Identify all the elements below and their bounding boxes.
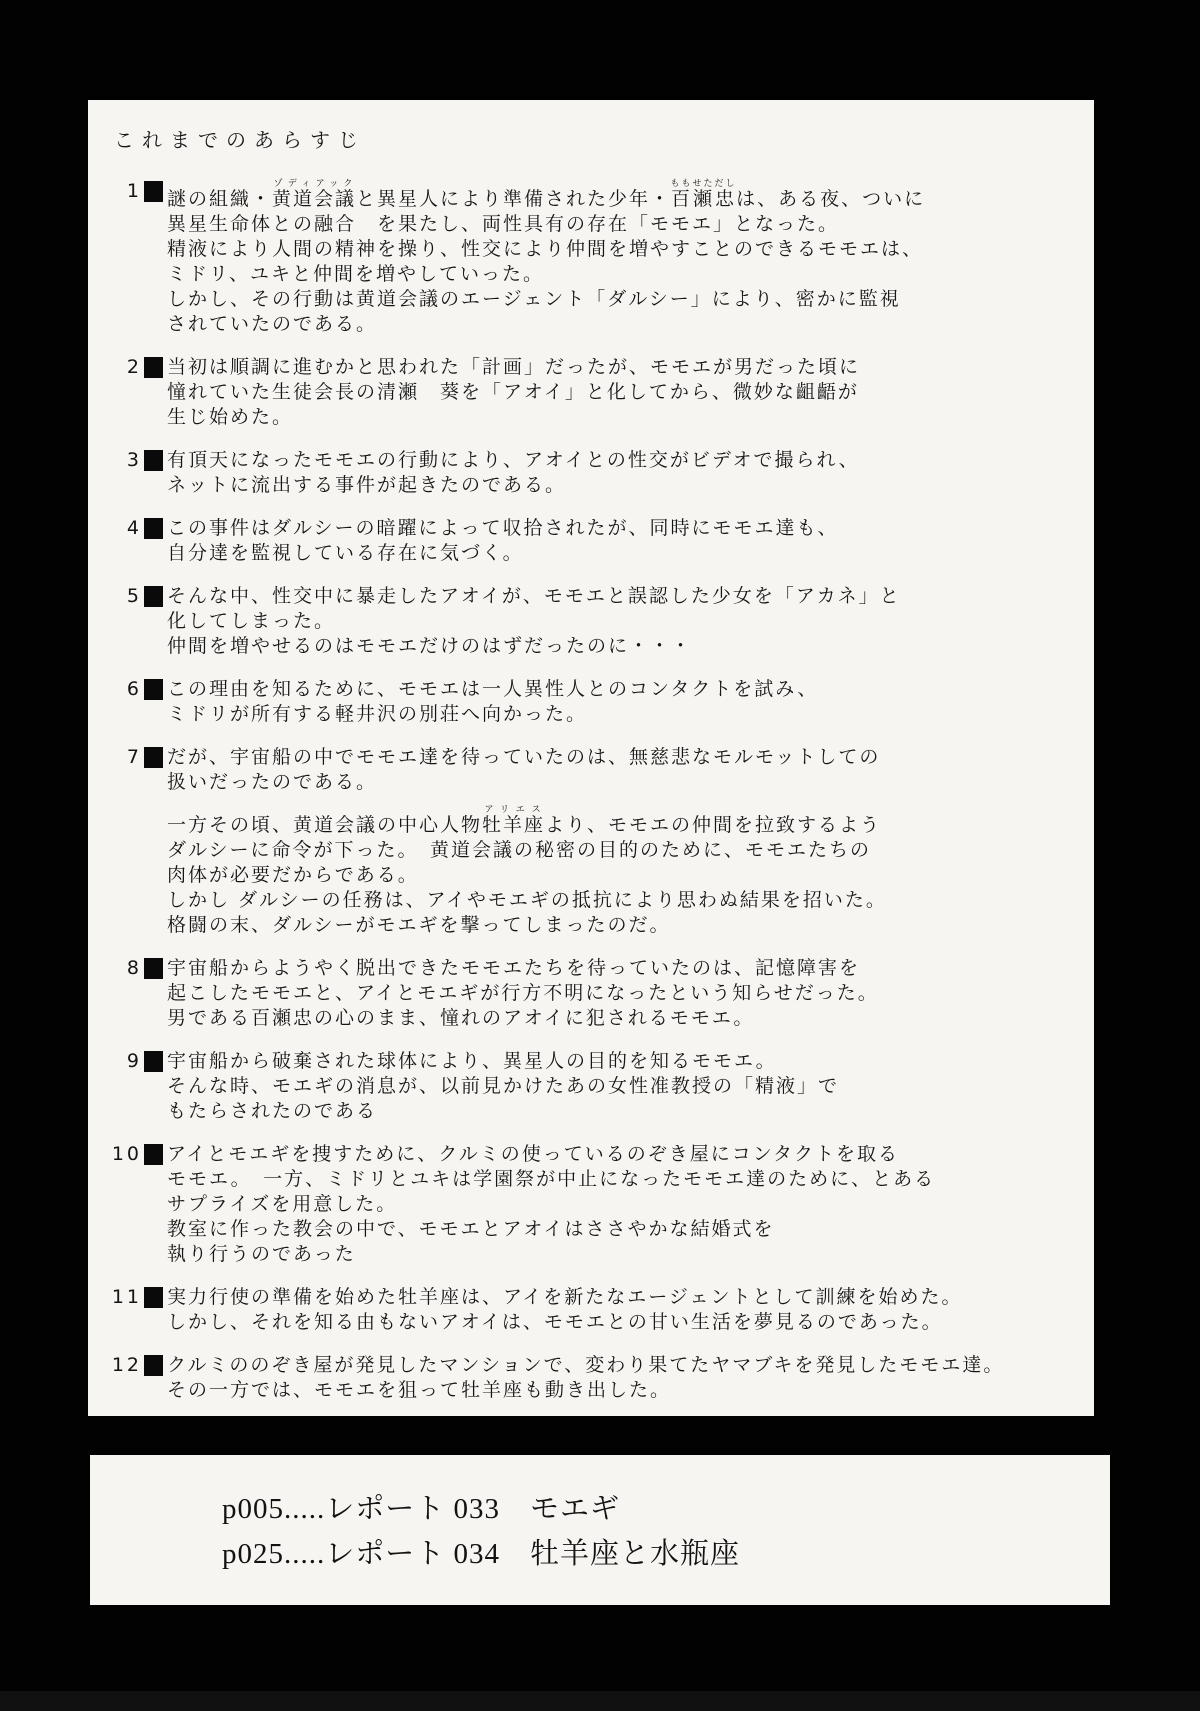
synopsis-line: ミドリが所有する軽井沢の別荘へ向かった。: [167, 702, 1086, 727]
synopsis-line: しかし ダルシーの任務は、アイやモエギの抵抗により思わぬ結果を招いた。: [167, 888, 1086, 913]
synopsis-line: 格闘の末、ダルシーがモエギを撃ってしまったのだ。: [167, 913, 1086, 938]
black-square-icon: [144, 679, 163, 700]
item-number: 2: [104, 355, 142, 430]
item-lines: そんな中、性交中に暴走したアオイが、モモエと誤認した少女を「アカネ」と化してしま…: [167, 584, 1086, 659]
synopsis-line: 異星生命体との融合 を果たし、両性具有の存在「モモエ」となった。: [167, 212, 1086, 237]
synopsis-line: 一方その頃、黄道会議の中心人物牡羊座アリエスより、モモエの仲間を拉致するよう: [167, 805, 1086, 838]
item-marker: [142, 677, 167, 727]
item-marker: [142, 1142, 167, 1267]
synopsis-item: 3有頂天になったモモエの行動により、アオイとの性交がビデオで撮られ、ネットに流出…: [104, 448, 1086, 498]
synopsis-line: 実力行使の準備を始めた牡羊座は、アイを新たなエージェントとして訓練を始めた。: [167, 1285, 1086, 1310]
synopsis-line: 宇宙船から破棄された球体により、異星人の目的を知るモモエ。: [167, 1049, 1086, 1074]
page-bottom-edge: [0, 1691, 1200, 1711]
page-title: これまでのあらすじ: [114, 124, 1086, 153]
ruby-word: 黄道会議ゾディアック: [272, 188, 356, 210]
synopsis-line: そんな時、モエギの消息が、以前見かけたあの女性准教授の「精液」で: [167, 1074, 1086, 1099]
synopsis-line: 化してしまった。: [167, 609, 1086, 634]
black-square-icon: [144, 181, 163, 202]
black-square-icon: [144, 747, 163, 768]
synopsis-line: 生じ始めた。: [167, 405, 1086, 430]
synopsis-item: 4この事件はダルシーの暗躍によって収拾されたが、同時にモモエ達も、自分達を監視し…: [104, 516, 1086, 566]
black-square-icon: [144, 357, 163, 378]
synopsis-line: 執り行うのであった: [167, 1242, 1086, 1267]
synopsis-line: 宇宙船からようやく脱出できたモモエたちを待っていたのは、記憶障害を: [167, 956, 1086, 981]
synopsis-line: 憧れていた生徒会長の清瀬 葵を「アオイ」と化してから、微妙な齟齬が: [167, 380, 1086, 405]
synopsis-item: 10アイとモエギを捜すために、クルミの使っているのぞき屋にコンタクトを取るモモエ…: [104, 1142, 1086, 1267]
item-lines: この事件はダルシーの暗躍によって収拾されたが、同時にモモエ達も、自分達を監視して…: [167, 516, 1086, 566]
item-number: 3: [104, 448, 142, 498]
item-lines: 宇宙船から破棄された球体により、異星人の目的を知るモモエ。そんな時、モエギの消息…: [167, 1049, 1086, 1124]
item-marker: [142, 584, 167, 659]
black-square-icon: [144, 586, 163, 607]
item-lines: アイとモエギを捜すために、クルミの使っているのぞき屋にコンタクトを取るモモエ。 …: [167, 1142, 1086, 1267]
synopsis-line: そんな中、性交中に暴走したアオイが、モモエと誤認した少女を「アカネ」と: [167, 584, 1086, 609]
synopsis-line: 精液により人間の精神を操り、性交により仲間を増やすことのできるモモエは、: [167, 237, 1086, 262]
synopsis-line: 教室に作った教会の中で、モモエとアオイはささやかな結婚式を: [167, 1217, 1086, 1242]
item-number: 5: [104, 584, 142, 659]
black-square-icon: [144, 450, 163, 471]
synopsis-line: だが、宇宙船の中でモモエ達を待っていたのは、無慈悲なモルモットしての: [167, 745, 1086, 770]
item-lines: だが、宇宙船の中でモモエ達を待っていたのは、無慈悲なモルモットしての扱いだったの…: [167, 745, 1086, 938]
black-square-icon: [144, 1355, 163, 1376]
synopsis-line: アイとモエギを捜すために、クルミの使っているのぞき屋にコンタクトを取る: [167, 1142, 1086, 1167]
item-lines: この理由を知るために、モモエは一人異性人とのコンタクトを試み、ミドリが所有する軽…: [167, 677, 1086, 727]
item-number: 9: [104, 1049, 142, 1124]
black-square-icon: [144, 1287, 163, 1308]
synopsis-line: されていたのである。: [167, 312, 1086, 337]
synopsis-item: 7だが、宇宙船の中でモモエ達を待っていたのは、無慈悲なモルモットしての扱いだった…: [104, 745, 1086, 938]
item-marker: [142, 448, 167, 498]
item-lines: 実力行使の準備を始めた牡羊座は、アイを新たなエージェントとして訓練を始めた。しか…: [167, 1285, 1086, 1335]
synopsis-line: 謎の組織・黄道会議ゾディアックと異星人により準備された少年・百瀬忠ももせただしは…: [167, 179, 1086, 212]
item-marker: [142, 1285, 167, 1335]
item-lines: 宇宙船からようやく脱出できたモモエたちを待っていたのは、記憶障害を起こしたモモエ…: [167, 956, 1086, 1031]
black-square-icon: [144, 1144, 163, 1165]
item-marker: [142, 355, 167, 430]
item-number: 6: [104, 677, 142, 727]
ruby-word: 牡羊座アリエス: [482, 814, 545, 836]
item-marker: [142, 1049, 167, 1124]
ruby-reading: ゾディアック: [272, 179, 356, 189]
page-background: これまでのあらすじ 1謎の組織・黄道会議ゾディアックと異星人により準備された少年…: [0, 0, 1200, 1711]
synopsis-panel: これまでのあらすじ 1謎の組織・黄道会議ゾディアックと異星人により準備された少年…: [88, 100, 1094, 1416]
item-marker: [142, 179, 167, 337]
synopsis-line: しかし、その行動は黄道会議のエージェント「ダルシー」により、密かに監視: [167, 287, 1086, 312]
black-square-icon: [144, 518, 163, 539]
synopsis-line: 有頂天になったモモエの行動により、アオイとの性交がビデオで撮られ、: [167, 448, 1086, 473]
synopsis-line: しかし、それを知る由もないアオイは、モモエとの甘い生活を夢見るのであった。: [167, 1310, 1086, 1335]
black-square-icon: [144, 958, 163, 979]
synopsis-line: モモエ。 一方、ミドリとユキは学園祭が中止になったモモエ達のために、とある: [167, 1167, 1086, 1192]
synopsis-item: 12クルミののぞき屋が発見したマンションで、変わり果てたヤマブキを発見したモモエ…: [104, 1353, 1086, 1403]
synopsis-line: 起こしたモモエと、アイとモエギが行方不明になったという知らせだった。: [167, 981, 1086, 1006]
item-number: 1: [104, 179, 142, 337]
synopsis-line: 自分達を監視している存在に気づく。: [167, 541, 1086, 566]
synopsis-item: 6この理由を知るために、モモエは一人異性人とのコンタクトを試み、ミドリが所有する…: [104, 677, 1086, 727]
ruby-word: 百瀬忠ももせただし: [671, 188, 736, 210]
synopsis-line: ネットに流出する事件が起きたのである。: [167, 473, 1086, 498]
item-lines: 謎の組織・黄道会議ゾディアックと異星人により準備された少年・百瀬忠ももせただしは…: [167, 179, 1086, 337]
black-square-icon: [144, 1051, 163, 1072]
synopsis-line: 仲間を増やせるのはモモエだけのはずだったのに・・・: [167, 634, 1086, 659]
synopsis-line: もたらされたのである: [167, 1099, 1086, 1124]
synopsis-line: 男である百瀬忠の心のまま、憧れのアオイに犯されるモモエ。: [167, 1006, 1086, 1031]
synopsis-line: この理由を知るために、モモエは一人異性人とのコンタクトを試み、: [167, 677, 1086, 702]
synopsis-list: 1謎の組織・黄道会議ゾディアックと異星人により準備された少年・百瀬忠ももせただし…: [104, 179, 1086, 1403]
synopsis-item: 9宇宙船から破棄された球体により、異星人の目的を知るモモエ。そんな時、モエギの消…: [104, 1049, 1086, 1124]
toc-panel: p005.....レポート 033 モエギ p025.....レポート 034 …: [90, 1455, 1110, 1605]
synopsis-line: サプライズを用意した。: [167, 1192, 1086, 1217]
item-number: 10: [104, 1142, 142, 1267]
item-number: 8: [104, 956, 142, 1031]
synopsis-item: 8宇宙船からようやく脱出できたモモエたちを待っていたのは、記憶障害を起こしたモモ…: [104, 956, 1086, 1031]
item-lines: クルミののぞき屋が発見したマンションで、変わり果てたヤマブキを発見したモモエ達。…: [167, 1353, 1086, 1403]
item-lines: 当初は順調に進むかと思われた「計画」だったが、モモエが男だった頃に憧れていた生徒…: [167, 355, 1086, 430]
synopsis-line: この事件はダルシーの暗躍によって収拾されたが、同時にモモエ達も、: [167, 516, 1086, 541]
item-marker: [142, 956, 167, 1031]
synopsis-line: 肉体が必要だからである。: [167, 863, 1086, 888]
item-marker: [142, 1353, 167, 1403]
toc-line-2: p025.....レポート 034 牡羊座と水瓶座: [222, 1532, 1110, 1577]
synopsis-line: その一方では、モモエを狙って牡羊座も動き出した。: [167, 1378, 1086, 1403]
synopsis-line: 当初は順調に進むかと思われた「計画」だったが、モモエが男だった頃に: [167, 355, 1086, 380]
synopsis-line: クルミののぞき屋が発見したマンションで、変わり果てたヤマブキを発見したモモエ達。: [167, 1353, 1086, 1378]
item-marker: [142, 516, 167, 566]
toc-line-1: p005.....レポート 033 モエギ: [222, 1487, 1110, 1532]
synopsis-item: 2当初は順調に進むかと思われた「計画」だったが、モモエが男だった頃に憧れていた生…: [104, 355, 1086, 430]
synopsis-line: ダルシーに命令が下った。 黄道会議の秘密の目的のために、モモエたちの: [167, 838, 1086, 863]
item-number: 7: [104, 745, 142, 938]
synopsis-line: 扱いだったのである。: [167, 770, 1086, 795]
ruby-reading: アリエス: [482, 805, 545, 815]
item-lines: 有頂天になったモモエの行動により、アオイとの性交がビデオで撮られ、ネットに流出す…: [167, 448, 1086, 498]
synopsis-item: 1謎の組織・黄道会議ゾディアックと異星人により準備された少年・百瀬忠ももせただし…: [104, 179, 1086, 337]
item-number: 4: [104, 516, 142, 566]
item-marker: [142, 745, 167, 938]
item-number: 12: [104, 1353, 142, 1403]
ruby-reading: ももせただし: [671, 179, 737, 189]
synopsis-item: 5そんな中、性交中に暴走したアオイが、モモエと誤認した少女を「アカネ」と化してし…: [104, 584, 1086, 659]
synopsis-line: ミドリ、ユキと仲間を増やしていった。: [167, 262, 1086, 287]
synopsis-item: 11実力行使の準備を始めた牡羊座は、アイを新たなエージェントとして訓練を始めた。…: [104, 1285, 1086, 1335]
item-number: 11: [104, 1285, 142, 1335]
